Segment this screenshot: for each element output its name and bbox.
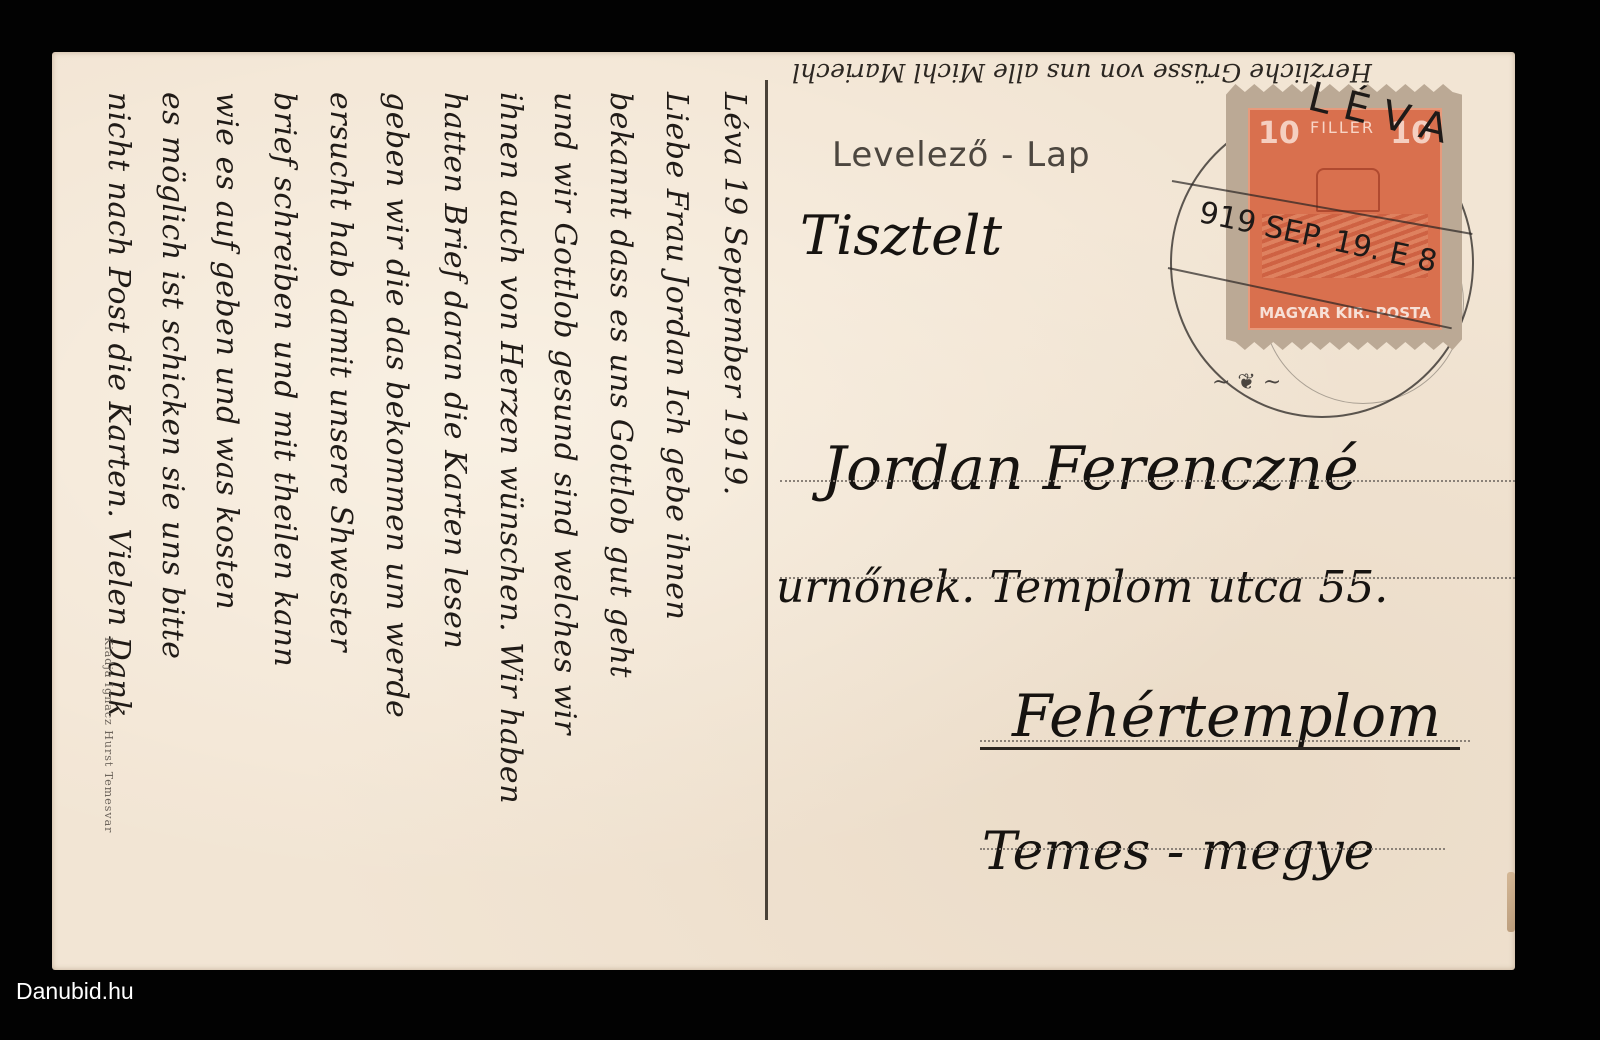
message-side: Léva 19 September 1919. Liebe Frau Jorda… [52,52,752,970]
crown-icon [1316,168,1380,212]
address-recipient-name: Jordan Ferenczné [822,434,1359,504]
edge-stain [1507,872,1515,932]
center-divider [765,80,768,920]
message-line: es möglich ist schicken sie uns bitte [155,92,190,992]
address-salutation: Tisztelt [800,204,1002,267]
stamp-value-left: 10 [1258,116,1300,151]
message-line: bekannt dass es uns Gottlob gut geht [603,92,638,992]
message-line: brief schreiben und mit theilen kann [267,92,302,992]
address-dotted-line [780,480,1515,482]
postcard-header: Levelező - Lap [832,135,1091,175]
address-street: urnőnek. Templom utca 55. [776,562,1388,613]
message-line: nicht nach Post die Karten. Vielen Dank [101,92,136,992]
message-line: Liebe Frau Jordan Ich gebe ihnen [659,92,694,992]
message-line: geben wir die das bekommen um werde [379,92,414,992]
printer-mark: Kiadja Ignacz Hurst Temesvar [102,637,115,833]
address-dotted-line [980,740,1470,742]
message-line: wie es auf geben und was kosten [209,92,244,992]
town-underline [980,747,1460,750]
postcard: Léva 19 September 1919. Liebe Frau Jorda… [52,52,1515,970]
message-line: und wir Gottlob gesund sind welches wir [547,92,582,992]
address-county: Temes - megye [982,822,1374,882]
message-line: ihnen auch von Herzen wünschen. Wir habe… [493,92,528,992]
watermark: Danubid.hu [16,978,134,1005]
message-line: Léva 19 September 1919. [717,92,752,992]
inverted-greeting-note: Herzliche Grüsse von uns alle Michl Mari… [792,58,1492,87]
message-line: ersucht hab damit unsere Shwester [323,92,358,992]
postmark-flourish-icon: ~ ❦ ~ [1212,370,1281,395]
address-dotted-line [980,848,1445,850]
address-dotted-line [780,577,1515,579]
message-line: hatten Brief daran die Karten lesen [437,92,472,992]
